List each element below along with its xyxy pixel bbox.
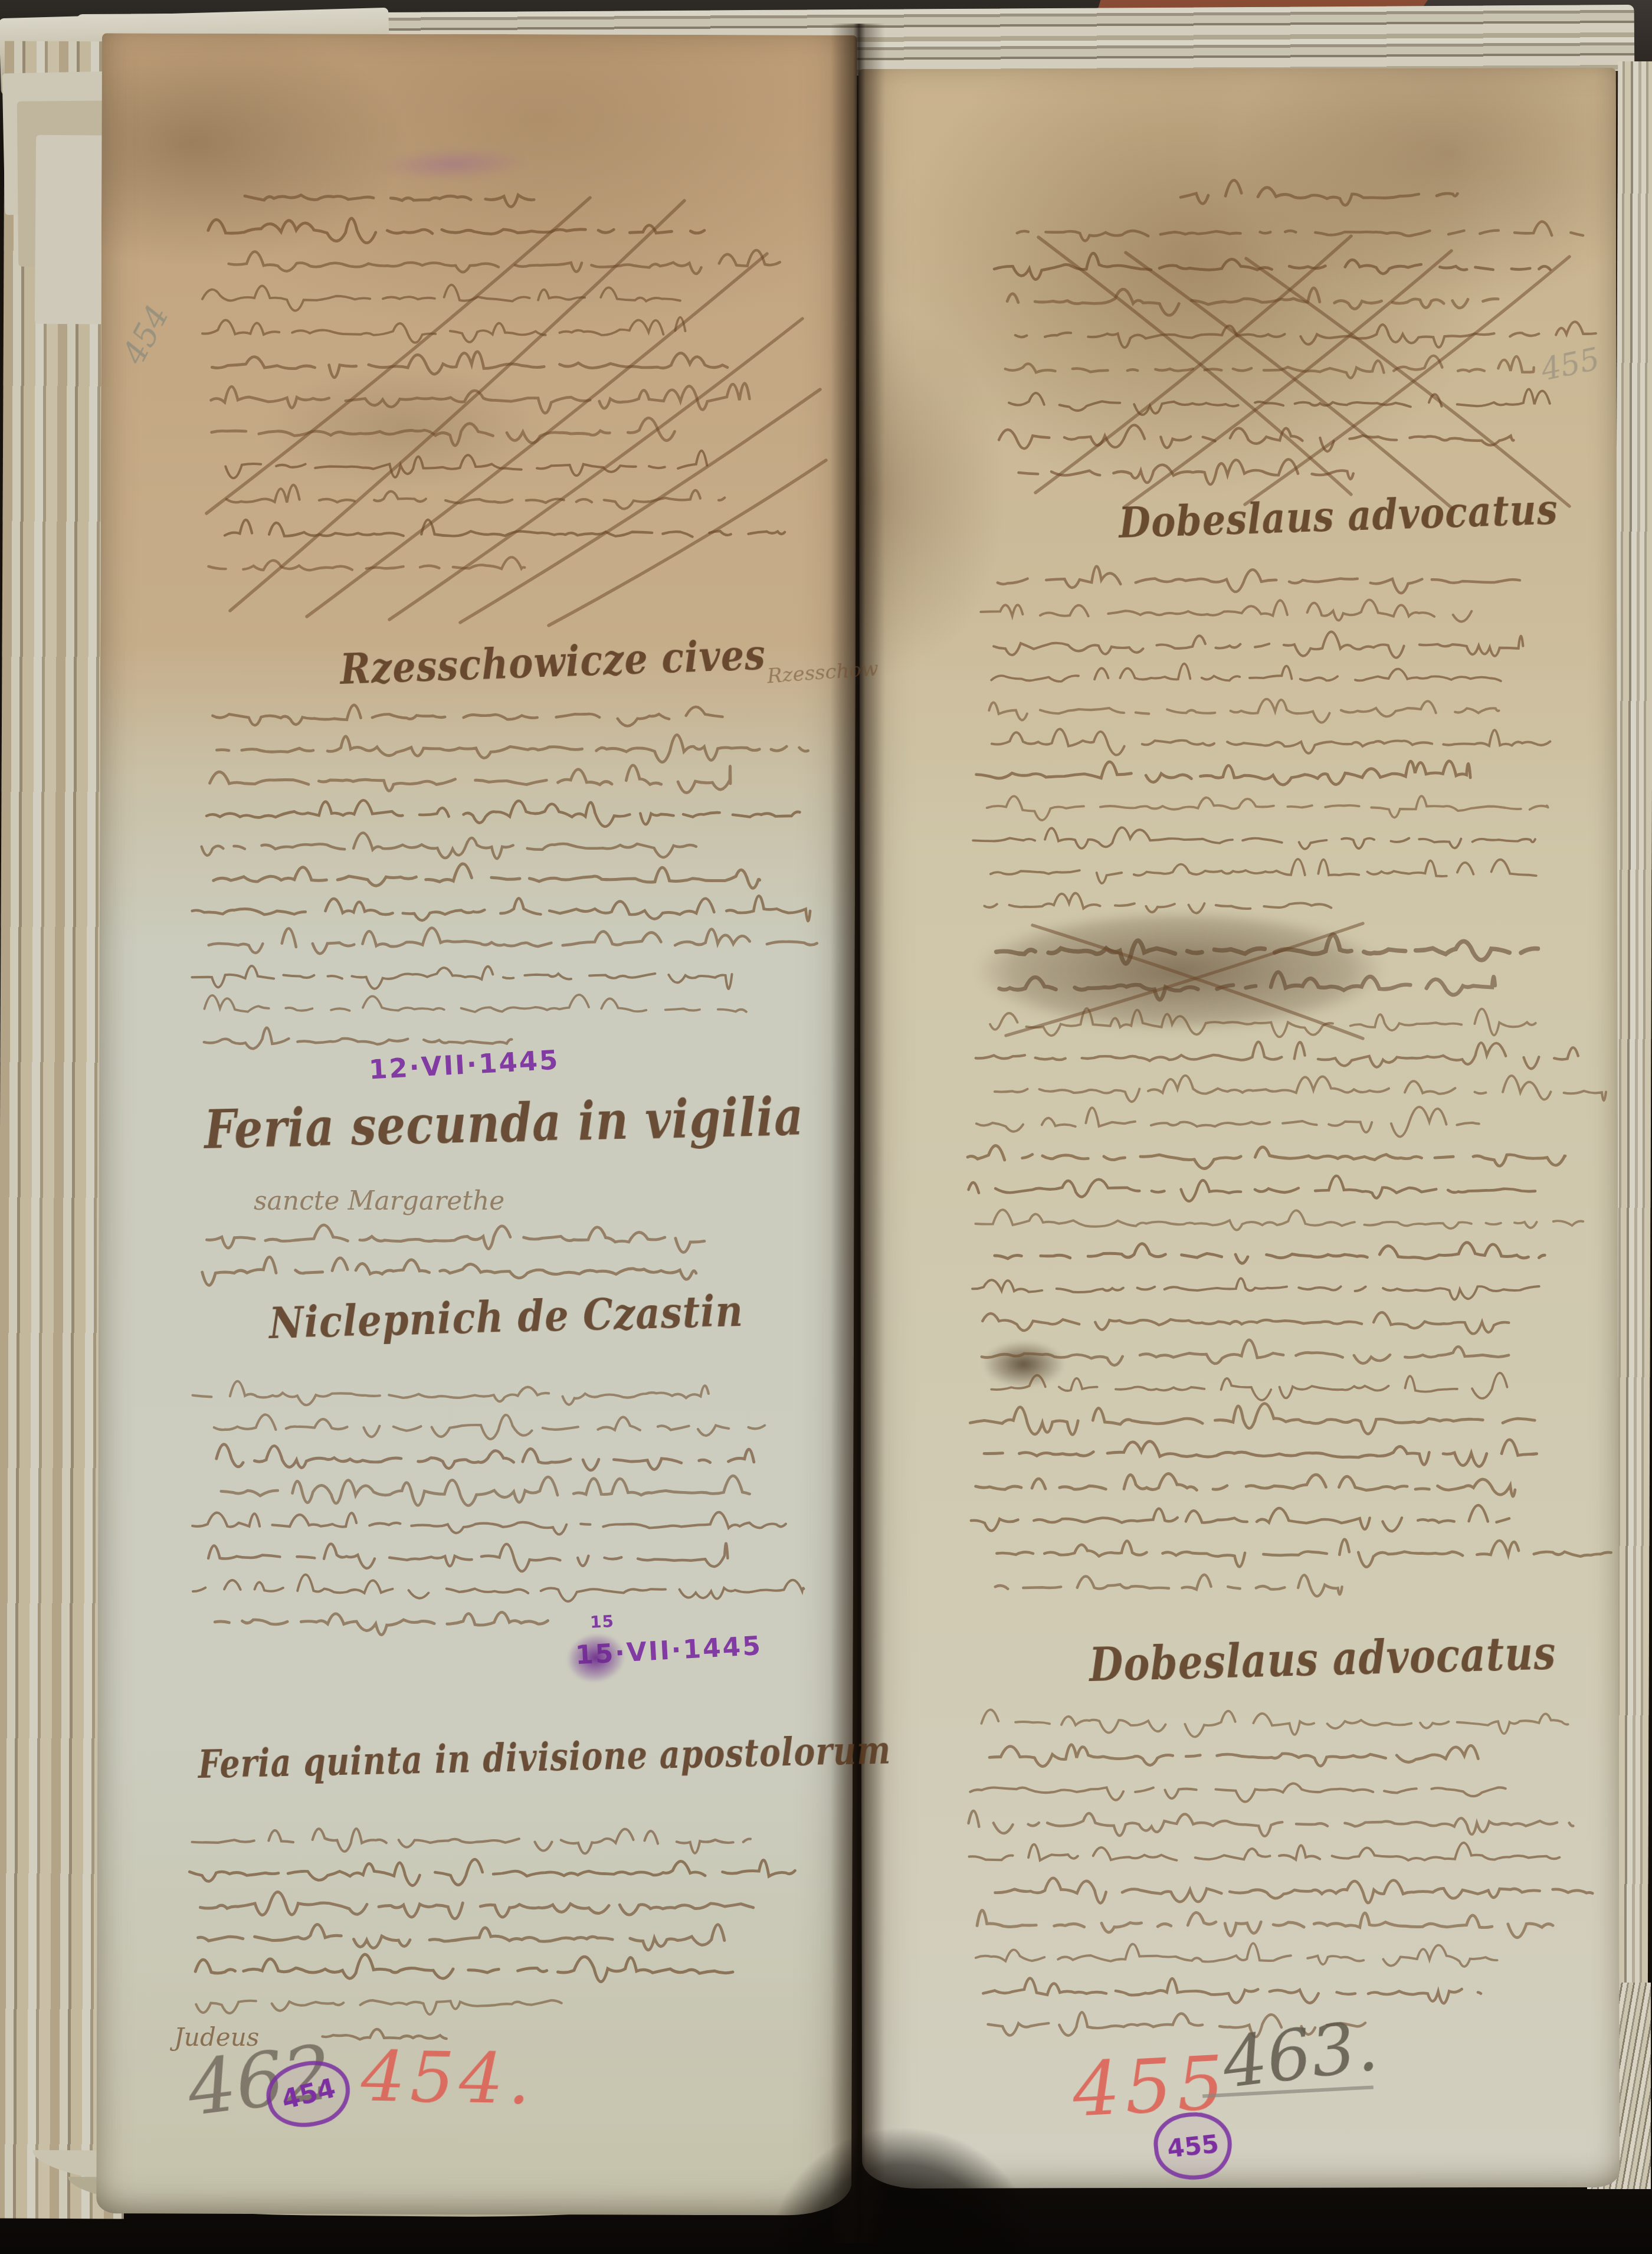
ink-stain-over-heading [971, 908, 1437, 1034]
ink-blot [982, 1341, 1065, 1388]
faint-purple-stamp [352, 139, 554, 189]
right-page-folio-455 [858, 68, 1620, 2189]
left-folio-red-454: 454. [360, 2035, 536, 2119]
binding-gutter [831, 24, 885, 2243]
gutter-bottom-shadow [732, 2092, 1074, 2254]
manuscript-photo: 454 Rzesschowicze cives Rzesschow 12·VII… [0, 0, 1652, 2254]
purple-ink-blot [562, 1629, 629, 1688]
heading-feria-secunda-continuation: sancte Margarethe [254, 1186, 504, 1216]
archivist-date-stamp-2-superscript: 15 [589, 1611, 615, 1632]
